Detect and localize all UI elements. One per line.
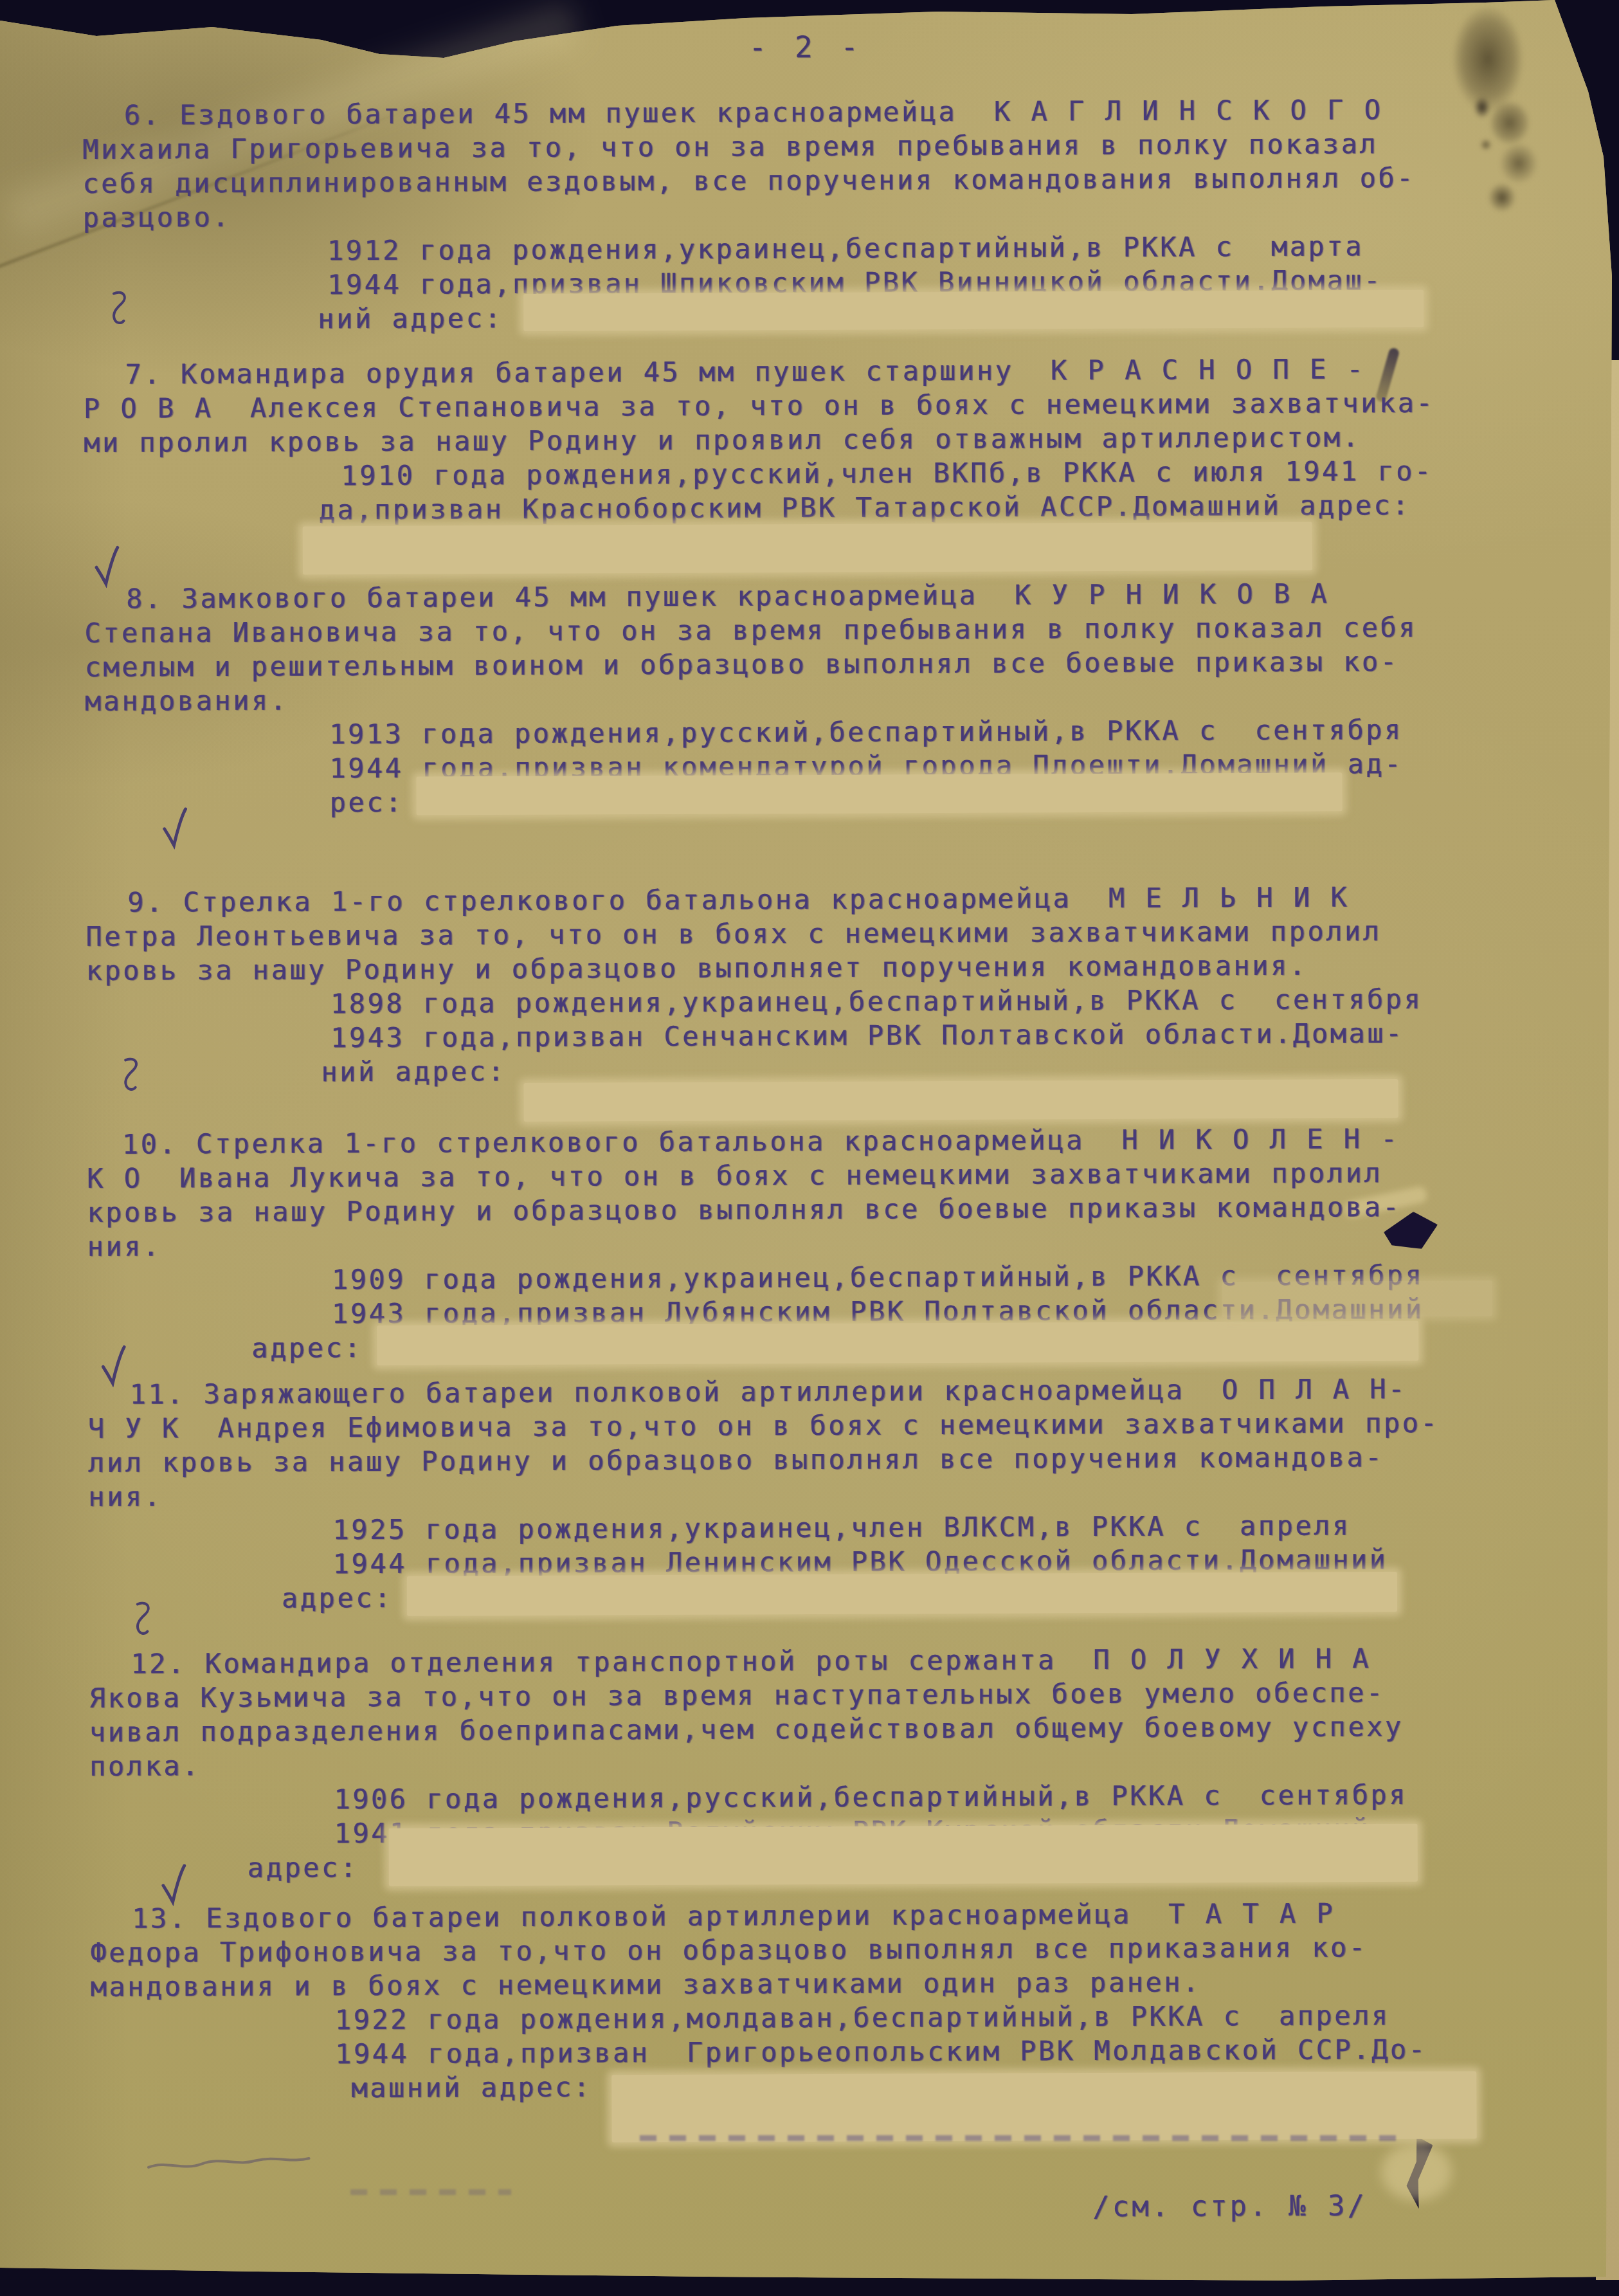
typewritten-line: 10. Стрелка 1-го стрелкового батальона к… [122, 1120, 1619, 1161]
typewritten-line: кровь за нашу Родину и образцово выполня… [87, 1189, 1619, 1229]
typewritten-line: смелым и решительным воином и образцово … [85, 643, 1617, 684]
redaction-box [389, 1824, 1418, 1886]
typewritten-line: Р О В А Алексея Степановича за то, что о… [84, 385, 1616, 425]
paragraph: 9. Стрелка 1-го стрелкового батальона кр… [0, 879, 1619, 1090]
redaction-box [523, 290, 1424, 331]
typewritten-line: 1925 года рождения,украинец,член ВЛКСМ,в… [332, 1507, 1619, 1547]
redaction-box [523, 1079, 1398, 1122]
typewritten-line: чивал подразделения боеприпасами,чем сод… [89, 1708, 1619, 1749]
typewritten-line: 1910 года рождения,русский,член ВКПб,в Р… [341, 453, 1616, 493]
redaction-box [1222, 1280, 1492, 1317]
typewritten-line: 1943 года,призван Сенчанским РВК Полтавс… [330, 1015, 1618, 1055]
typewritten-line: себя дисциплинированным ездовым, все пор… [82, 159, 1614, 200]
redaction-box [407, 1572, 1397, 1616]
redaction-box [611, 2071, 1476, 2142]
handwritten-scribble [147, 2153, 312, 2176]
handwritten-checkmark [105, 290, 133, 328]
typewritten-line: 1898 года рождения,украинец,беспартийный… [330, 981, 1618, 1021]
erased-text-remnant [640, 2135, 1398, 2141]
typewritten-line: 1913 года рождения,русский,беспартийный,… [329, 711, 1617, 751]
typewritten-line: да,призван Красноборским РВК Татарской А… [318, 487, 1616, 527]
footer-see-page-note: /см. стр. № 3/ [1092, 2189, 1367, 2223]
handwritten-checkmark [158, 806, 194, 851]
redaction-box [377, 1321, 1418, 1365]
typewritten-content: - 2 - /см. стр. № 3/ 6. Ездового батареи… [0, 0, 1619, 2296]
erased-text-remnant [350, 2189, 511, 2195]
typewritten-line: 1906 года рождения,русский,беспартийный,… [334, 1776, 1619, 1816]
typewritten-line: 1922 года рождения,молдаван,беспартийный… [335, 1997, 1619, 2037]
scanned-page: { "colors":{"paper":"#b2a269","ink":"#47… [0, 0, 1619, 2296]
handwritten-checkmark [117, 1057, 145, 1095]
typewritten-line: 1944 года,призван Григорьеопольским РВК … [335, 2031, 1619, 2071]
typewritten-line: 1912 года рождения,украинец,беспартийный… [327, 228, 1615, 268]
handwritten-checkmark [158, 1863, 193, 1908]
handwritten-checkmark [129, 1601, 157, 1639]
redaction-box [416, 772, 1342, 815]
paragraph: 7. Командира орудия батареи 45 мм пушек … [0, 351, 1616, 528]
typewritten-line: Ч У К Андрея Ефимовича за то,что он в бо… [88, 1405, 1619, 1445]
page-number: - 2 - [748, 30, 864, 65]
handwritten-checkmark [97, 1344, 132, 1389]
handwritten-checkmark [91, 545, 126, 589]
redaction-box [303, 522, 1312, 575]
